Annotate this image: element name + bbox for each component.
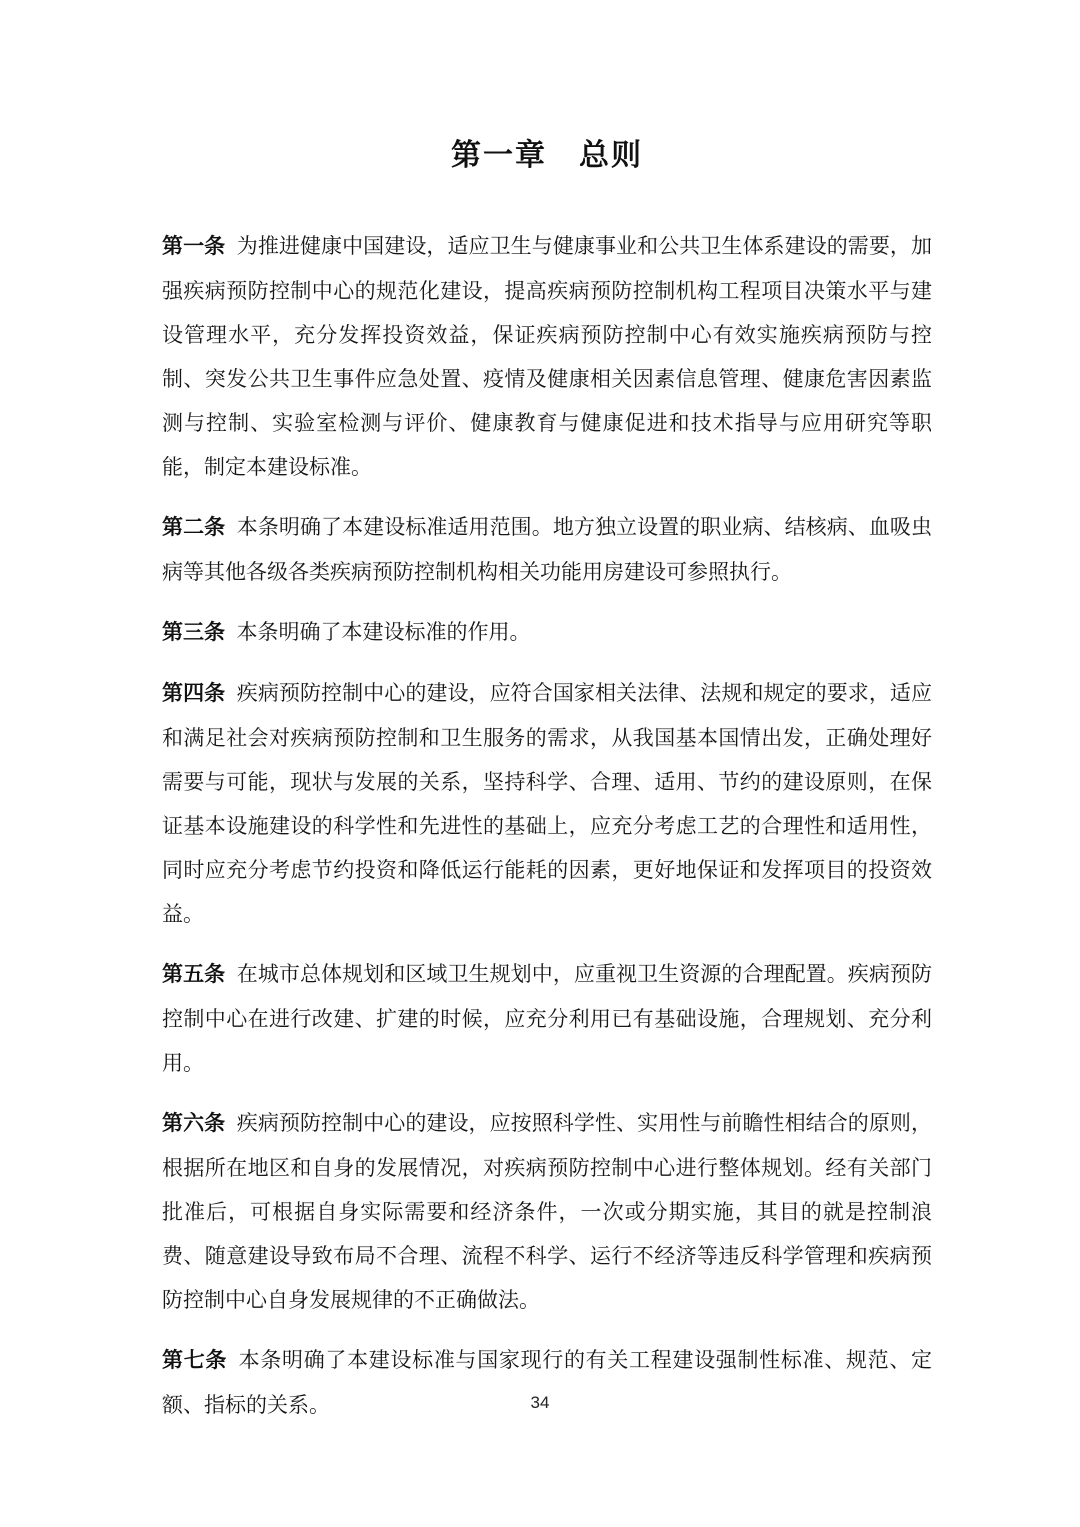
article-text-3: 本条明确了本建设标准的作用。 xyxy=(237,620,531,644)
article-label-1: 第一条 xyxy=(162,235,225,258)
article-label-2: 第二条 xyxy=(162,516,225,539)
article-label-7: 第七条 xyxy=(162,1349,227,1372)
article-paragraph-6: 第六条疾病预防控制中心的建设，应按照科学性、实用性与前瞻性相结合的原则，根据所在… xyxy=(162,1101,932,1322)
article-text-2: 本条明确了本建设标准适用范围。地方独立设置的职业病、结核病、血吸虫病等其他各级各… xyxy=(162,515,932,584)
article-label-3: 第三条 xyxy=(162,621,225,644)
article-paragraph-1: 第一条为推进健康中国建设，适应卫生与健康事业和公共卫生体系建设的需要，加强疾病预… xyxy=(162,224,932,489)
article-label-5: 第五条 xyxy=(162,963,225,986)
article-paragraph-3: 第三条本条明确了本建设标准的作用。 xyxy=(162,610,932,655)
article-text-1: 为推进健康中国建设，适应卫生与健康事业和公共卫生体系建设的需要，加强疾病预防控制… xyxy=(162,234,932,479)
article-paragraph-2: 第二条本条明确了本建设标准适用范围。地方独立设置的职业病、结核病、血吸虫病等其他… xyxy=(162,505,932,594)
chapter-title: 第一章 总则 xyxy=(162,0,932,174)
article-paragraph-5: 第五条在城市总体规划和区域卫生规划中，应重视卫生资源的合理配置。疾病预防控制中心… xyxy=(162,952,932,1085)
article-label-6: 第六条 xyxy=(162,1112,225,1135)
document-page: 第一章 总则 第一条为推进健康中国建设，适应卫生与健康事业和公共卫生体系建设的需… xyxy=(0,0,1080,1527)
article-list: 第一条为推进健康中国建设，适应卫生与健康事业和公共卫生体系建设的需要，加强疾病预… xyxy=(162,224,932,1427)
article-label-4: 第四条 xyxy=(162,682,225,705)
article-paragraph-4: 第四条疾病预防控制中心的建设，应符合国家相关法律、法规和规定的要求，适应和满足社… xyxy=(162,671,932,936)
article-text-5: 在城市总体规划和区域卫生规划中，应重视卫生资源的合理配置。疾病预防控制中心在进行… xyxy=(162,962,932,1075)
page-number: 34 xyxy=(0,1392,1080,1414)
article-text-4: 疾病预防控制中心的建设，应符合国家相关法律、法规和规定的要求，适应和满足社会对疾… xyxy=(162,681,932,926)
document-content: 第一章 总则 第一条为推进健康中国建设，适应卫生与健康事业和公共卫生体系建设的需… xyxy=(162,0,932,1443)
article-text-6: 疾病预防控制中心的建设，应按照科学性、实用性与前瞻性相结合的原则，根据所在地区和… xyxy=(162,1111,932,1312)
